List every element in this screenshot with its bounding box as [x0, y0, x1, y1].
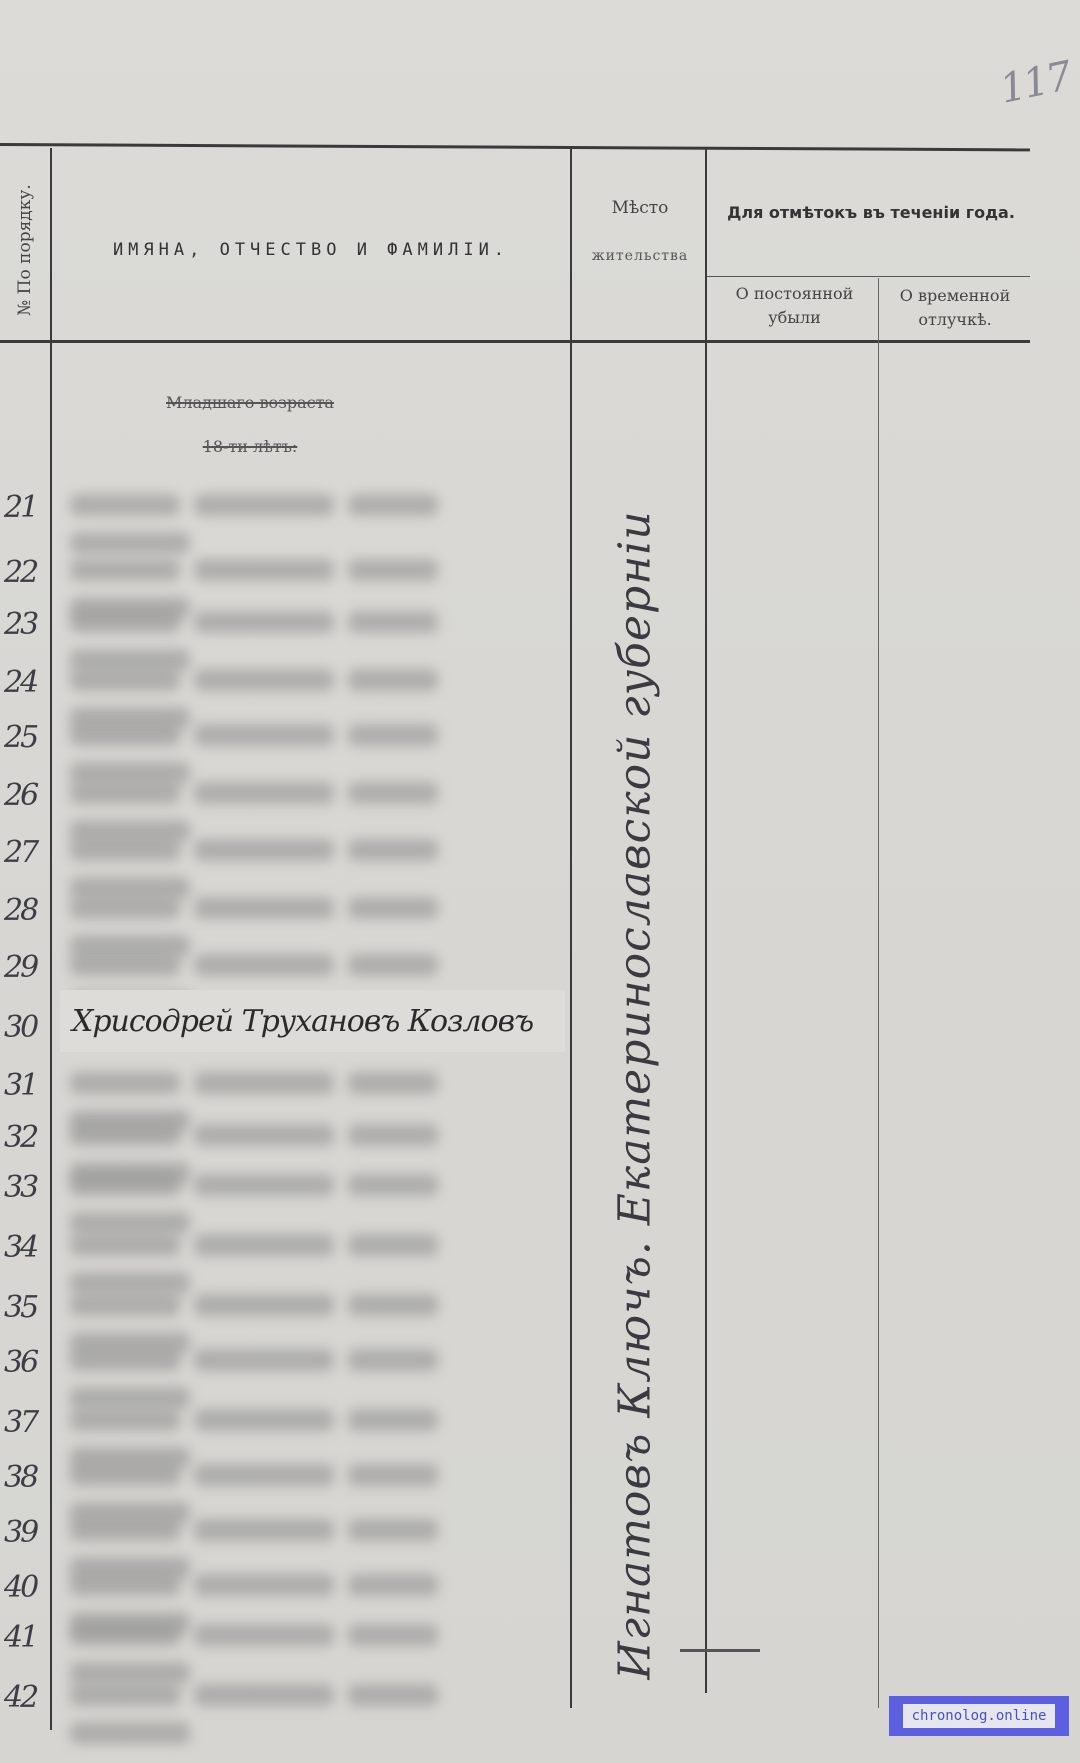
row-number: 42: [4, 1680, 50, 1715]
row-number: 36: [4, 1345, 50, 1380]
col-names-header: ИМЯНА, ОТЧЕСТВО И ФАМИЛІИ.: [52, 240, 570, 260]
row-number: 33: [4, 1170, 50, 1205]
redacted-name-row: [70, 1060, 565, 1104]
row-number: 27: [4, 835, 50, 870]
row-number: 40: [4, 1570, 50, 1605]
row-number: 34: [4, 1230, 50, 1265]
row-number: 38: [4, 1460, 50, 1495]
row-number: 29: [4, 950, 50, 985]
col-divider-names: [570, 148, 572, 1708]
header-bottom-rule: [0, 340, 1030, 343]
col-divider-number: [50, 148, 52, 1730]
row-number: 30: [4, 1010, 50, 1045]
sub-permanent-line2: убыли: [712, 306, 877, 330]
redacted-name-row: [70, 1507, 565, 1551]
redacted-name-row: [70, 885, 565, 929]
marks-sub-rule: [705, 276, 1030, 277]
residence-vertical-text: Игнатовъ Ключъ. Екатеринославской губерн…: [585, 450, 685, 1740]
row-number: 22: [4, 555, 50, 590]
redacted-name-row: [70, 1337, 565, 1381]
row-number: 23: [4, 607, 50, 642]
redacted-name-row: [70, 712, 565, 756]
redacted-name-row: [70, 1672, 565, 1716]
watermark-text: chronolog.online: [903, 1704, 1056, 1728]
page-number: 117: [996, 53, 1074, 113]
row-number: 39: [4, 1515, 50, 1550]
register-page: 117 № По порядку. ИМЯНА, ОТЧЕСТВО И ФАМИ…: [0, 0, 1080, 1763]
redacted-name-row: [70, 1612, 565, 1656]
watermark-badge: chronolog.online: [889, 1696, 1069, 1736]
residence-text: Игнатовъ Ключъ. Екатеринославской губерн…: [610, 510, 661, 1679]
row-number: 24: [4, 665, 50, 700]
row-number: 31: [4, 1068, 50, 1103]
row-number: 21: [4, 490, 50, 525]
col-divider-place: [705, 148, 707, 1693]
row-30-name: Хрисодрей Трухановъ Козловъ: [60, 990, 565, 1052]
row-number: 41: [4, 1620, 50, 1655]
redacted-name-row: [70, 1282, 565, 1326]
sub-permanent-line1: О постоянной: [712, 282, 877, 306]
row-number: 37: [4, 1405, 50, 1440]
redacted-name-row: [70, 1397, 565, 1441]
sub-permanent-header: О постоянной убыли: [712, 282, 877, 330]
redacted-name-row: [70, 1112, 565, 1156]
redacted-name-row: [70, 1222, 565, 1266]
sub-temporary-header: О временной отлучкѣ.: [880, 284, 1030, 332]
row-number: 25: [4, 720, 50, 755]
col-number-header: № По порядку.: [8, 160, 42, 340]
redacted-name-row: [70, 770, 565, 814]
redacted-name-row: [70, 1162, 565, 1206]
redacted-name-row: [70, 1452, 565, 1496]
redacted-name-row: [70, 599, 565, 643]
header-top-rule: [0, 143, 1030, 151]
redacted-name-row: [70, 482, 565, 526]
col-marks-header: Для отмѣтокъ въ теченіи года.: [712, 203, 1030, 222]
redacted-name-row: [70, 657, 565, 701]
redacted-name-row: [70, 942, 565, 986]
section-heading-line1: Младшаго возраста: [120, 393, 380, 412]
col-divider-marks: [878, 278, 879, 1708]
dash-mark: [680, 1649, 760, 1652]
row-number: 32: [4, 1120, 50, 1155]
row-number: 35: [4, 1290, 50, 1325]
col-place-header-line2: жительства: [575, 248, 705, 264]
sub-temporary-line2: отлучкѣ.: [880, 308, 1030, 332]
section-heading-line2: 18-ти лѣтъ:: [120, 437, 380, 456]
sub-temporary-line1: О временной: [880, 284, 1030, 308]
redacted-name-row: [70, 1562, 565, 1606]
row-number: 26: [4, 778, 50, 813]
redacted-name-row: [70, 547, 565, 591]
col-number-label: № По порядку.: [15, 184, 35, 316]
redacted-name-row: [70, 827, 565, 871]
col-place-header-line1: Мѣсто: [575, 198, 705, 218]
row-number: 28: [4, 893, 50, 928]
